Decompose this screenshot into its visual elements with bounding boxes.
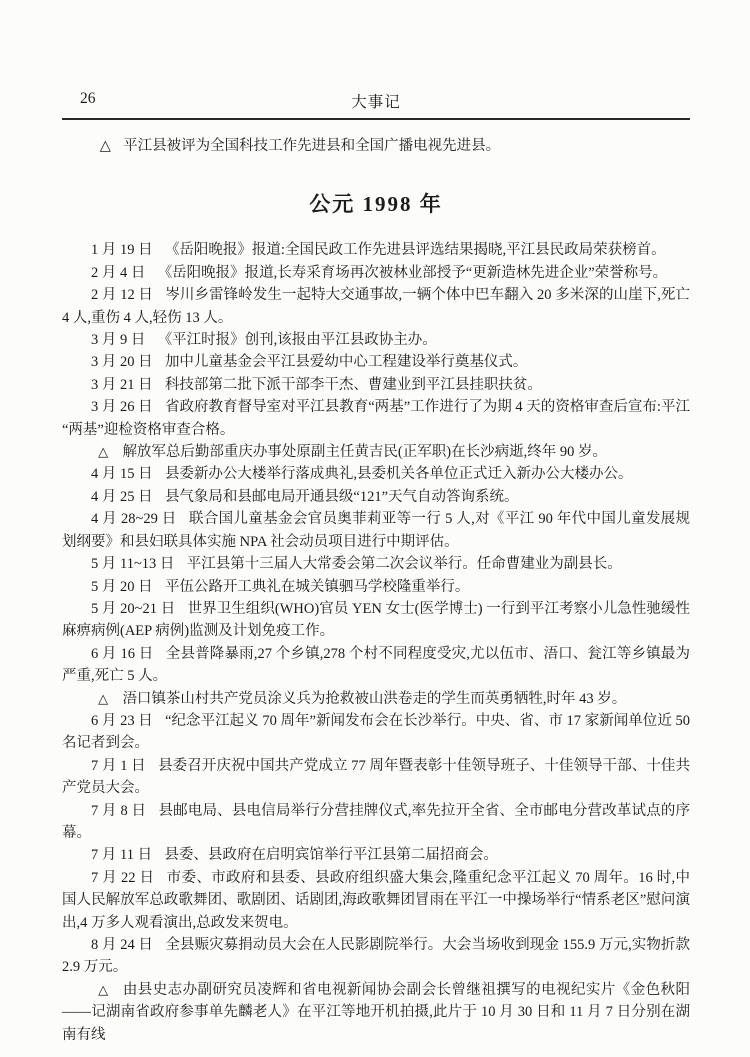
entry-date: 2 月 12 日 bbox=[91, 287, 153, 303]
event-entry: △由县史志办副研究员凌辉和省电视新闻协会副会长曾继祖撰写的电视纪实片《金色秋阳—… bbox=[62, 979, 690, 1046]
event-entry: 6 月 23 日“纪念平江起义 70 周年”新闻发布会在长沙举行。中央、省、市 … bbox=[62, 710, 690, 755]
event-entry: 3 月 9 日《平江时报》创刊,该报由平江县政协主办。 bbox=[62, 329, 690, 351]
chronicle-entries: 1 月 19 日《岳阳晚报》报道:全国民政工作先进县评选结果揭晓,平江县民政局荣… bbox=[62, 239, 690, 1046]
event-entry: 5 月 11~13 日平江县第十三届人大常委会第二次会议举行。任命曹建业为副县长… bbox=[62, 553, 690, 575]
entry-text: 由县史志办副研究员凌辉和省电视新闻协会副会长曾继祖撰写的电视纪实片《金色秋阳——… bbox=[62, 982, 690, 1043]
entry-date: 5 月 11~13 日 bbox=[91, 556, 174, 572]
entry-text: 浯口镇茶山村共产党员涂义兵为抢救被山洪卷走的学生而英勇牺牲,时年 43 岁。 bbox=[122, 691, 626, 707]
entry-text: 岑川乡雷锋岭发生一起特大交通事故,一辆个体中巴车翻入 20 多米深的山崖下,死亡… bbox=[62, 287, 690, 325]
triangle-marker: △ bbox=[100, 138, 111, 154]
entry-date: 5 月 20~21 日 bbox=[91, 601, 175, 617]
entry-text: 全县赈灾募捐动员大会在人民影剧院举行。大会当场收到现金 155.9 万元,实物折… bbox=[62, 937, 690, 975]
entry-text: 县委、县政府在启明宾馆举行平江县第二届招商会。 bbox=[164, 847, 498, 863]
entry-date: 4 月 28~29 日 bbox=[91, 511, 177, 527]
entry-text: “纪念平江起义 70 周年”新闻发布会在长沙举行。中央、省、市 17 家新闻单位… bbox=[62, 713, 690, 751]
event-entry: 2 月 4 日《岳阳晚报》报道,长寿采育场再次被林业部授予“更新造林先进企业”荣… bbox=[62, 262, 690, 284]
entry-text: 平江县被评为全国科技工作先进县和全国广播电视先进县。 bbox=[123, 138, 500, 154]
entry-text: 平江县第十三届人大常委会第二次会议举行。任命曹建业为副县长。 bbox=[187, 556, 622, 572]
event-entry: 6 月 16 日全县普降暴雨,27 个乡镇,278 个村不同程度受灾,尤以伍市、… bbox=[62, 643, 690, 688]
entry-date: 7 月 11 日 bbox=[91, 847, 152, 863]
entry-text: 市委、市政府和县委、县政府组织盛大集会,隆重纪念平江起义 70 周年。16 时,… bbox=[62, 870, 690, 931]
scanned-document-page: 26 大事记 △平江县被评为全国科技工作先进县和全国广播电视先进县。 公元 19… bbox=[0, 0, 750, 1057]
section-title-year-1998: 公元 1998 年 bbox=[62, 188, 690, 218]
entry-text: 《岳阳晚报》报道:全国民政工作先进县评选结果揭晓,平江县民政局荣获榜首。 bbox=[165, 242, 666, 258]
event-entry: △平江县被评为全国科技工作先进县和全国广播电视先进县。 bbox=[62, 135, 690, 157]
entry-date: 4 月 15 日 bbox=[91, 466, 153, 482]
entry-text: 加中儿童基金会平江县爱幼中心工程建设举行奠基仪式。 bbox=[165, 354, 528, 370]
event-entry: 5 月 20~21 日世界卫生组织(WHO)官员 YEN 女士(医学博士) 一行… bbox=[62, 598, 690, 643]
event-entry: 2 月 12 日岑川乡雷锋岭发生一起特大交通事故,一辆个体中巴车翻入 20 多米… bbox=[62, 284, 690, 329]
event-entry: 3 月 20 日加中儿童基金会平江县爱幼中心工程建设举行奠基仪式。 bbox=[62, 351, 690, 373]
entry-date: 6 月 23 日 bbox=[91, 713, 153, 729]
entry-text: 县气象局和县邮电局开通县级“121”天气自动答询系统。 bbox=[165, 489, 519, 505]
event-entry: 3 月 26 日省政府教育督导室对平江县教育“两基”工作进行了为期 4 天的资格… bbox=[62, 396, 690, 441]
event-entry: 1 月 19 日《岳阳晚报》报道:全国民政工作先进县评选结果揭晓,平江县民政局荣… bbox=[62, 239, 690, 261]
triangle-marker: △ bbox=[98, 982, 108, 997]
entry-date: 6 月 16 日 bbox=[91, 646, 153, 662]
event-entry: 8 月 24 日全县赈灾募捐动员大会在人民影剧院举行。大会当场收到现金 155.… bbox=[62, 934, 690, 979]
entry-date: 4 月 25 日 bbox=[91, 489, 153, 505]
entry-text: 县委新办公大楼举行落成典礼,县委机关各单位正式迁入新办公大楼办公。 bbox=[165, 466, 633, 482]
entry-text: 县委召开庆祝中国共产党成立 77 周年暨表彰十佳领导班子、十佳领导干部、十佳共产… bbox=[62, 758, 690, 796]
entry-text: 《平江时报》创刊,该报由平江县政协主办。 bbox=[158, 332, 437, 348]
triangle-marker: △ bbox=[98, 444, 108, 459]
entry-text: 解放军总后勤部重庆办事处原副主任黄吉民(正军职)在长沙病逝,终年 90 岁。 bbox=[122, 444, 607, 460]
entry-date: 7 月 22 日 bbox=[91, 870, 154, 886]
entry-text: 省政府教育督导室对平江县教育“两基”工作进行了为期 4 天的资格审查后宣布:平江… bbox=[62, 399, 690, 437]
entry-text: 县邮电局、县电信局举行分营挂牌仪式,率先拉开全省、全市邮电分营改革试点的序幕。 bbox=[62, 803, 690, 841]
event-entry: 5 月 20 日平伍公路开工典礼在城关镇驷马学校隆重举行。 bbox=[62, 576, 690, 598]
entry-date: 3 月 26 日 bbox=[91, 399, 153, 415]
running-title: 大事记 bbox=[62, 90, 690, 112]
entry-text: 全县普降暴雨,27 个乡镇,278 个村不同程度受灾,尤以伍市、浯口、瓮江等乡镇… bbox=[62, 646, 690, 684]
entry-text: 平伍公路开工典礼在城关镇驷马学校隆重举行。 bbox=[165, 579, 470, 595]
page-header: 26 大事记 bbox=[62, 90, 690, 112]
entry-date: 3 月 9 日 bbox=[91, 332, 145, 348]
entry-date: 7 月 1 日 bbox=[91, 758, 146, 774]
event-entry: 4 月 25 日县气象局和县邮电局开通县级“121”天气自动答询系统。 bbox=[62, 486, 690, 508]
entry-date: 5 月 20 日 bbox=[91, 579, 153, 595]
entry-date: 3 月 21 日 bbox=[91, 377, 153, 393]
entry-date: 2 月 4 日 bbox=[91, 265, 145, 281]
event-entry: 7 月 8 日县邮电局、县电信局举行分营挂牌仪式,率先拉开全省、全市邮电分营改革… bbox=[62, 800, 690, 845]
event-entry: △浯口镇茶山村共产党员涂义兵为抢救被山洪卷走的学生而英勇牺牲,时年 43 岁。 bbox=[62, 688, 690, 710]
entry-date: 3 月 20 日 bbox=[91, 354, 153, 370]
entry-date: 1 月 19 日 bbox=[91, 242, 153, 258]
entry-text: 《岳阳晚报》报道,长寿采育场再次被林业部授予“更新造林先进企业”荣誉称号。 bbox=[158, 265, 668, 281]
event-entry: 7 月 22 日市委、市政府和县委、县政府组织盛大集会,隆重纪念平江起义 70 … bbox=[62, 867, 690, 934]
event-entry: 7 月 1 日县委召开庆祝中国共产党成立 77 周年暨表彰十佳领导班子、十佳领导… bbox=[62, 755, 690, 800]
entry-date: 7 月 8 日 bbox=[91, 803, 146, 819]
event-entry: △解放军总后勤部重庆办事处原副主任黄吉民(正军职)在长沙病逝,终年 90 岁。 bbox=[62, 441, 690, 463]
event-entry: 3 月 21 日科技部第二批下派干部李干杰、曹建业到平江县挂职扶贫。 bbox=[62, 374, 690, 396]
event-entry: 4 月 15 日县委新办公大楼举行落成典礼,县委机关各单位正式迁入新办公大楼办公… bbox=[62, 463, 690, 485]
entry-date: 8 月 24 日 bbox=[91, 937, 153, 953]
event-entry: 4 月 28~29 日联合国儿童基金会官员奥菲莉亚等一行 5 人,对《平江 90… bbox=[62, 508, 690, 553]
triangle-marker: △ bbox=[98, 691, 108, 706]
header-rule bbox=[62, 118, 690, 120]
event-entry: 7 月 11 日县委、县政府在启明宾馆举行平江县第二届招商会。 bbox=[62, 844, 690, 866]
entry-text: 科技部第二批下派干部李干杰、曹建业到平江县挂职扶贫。 bbox=[165, 377, 542, 393]
